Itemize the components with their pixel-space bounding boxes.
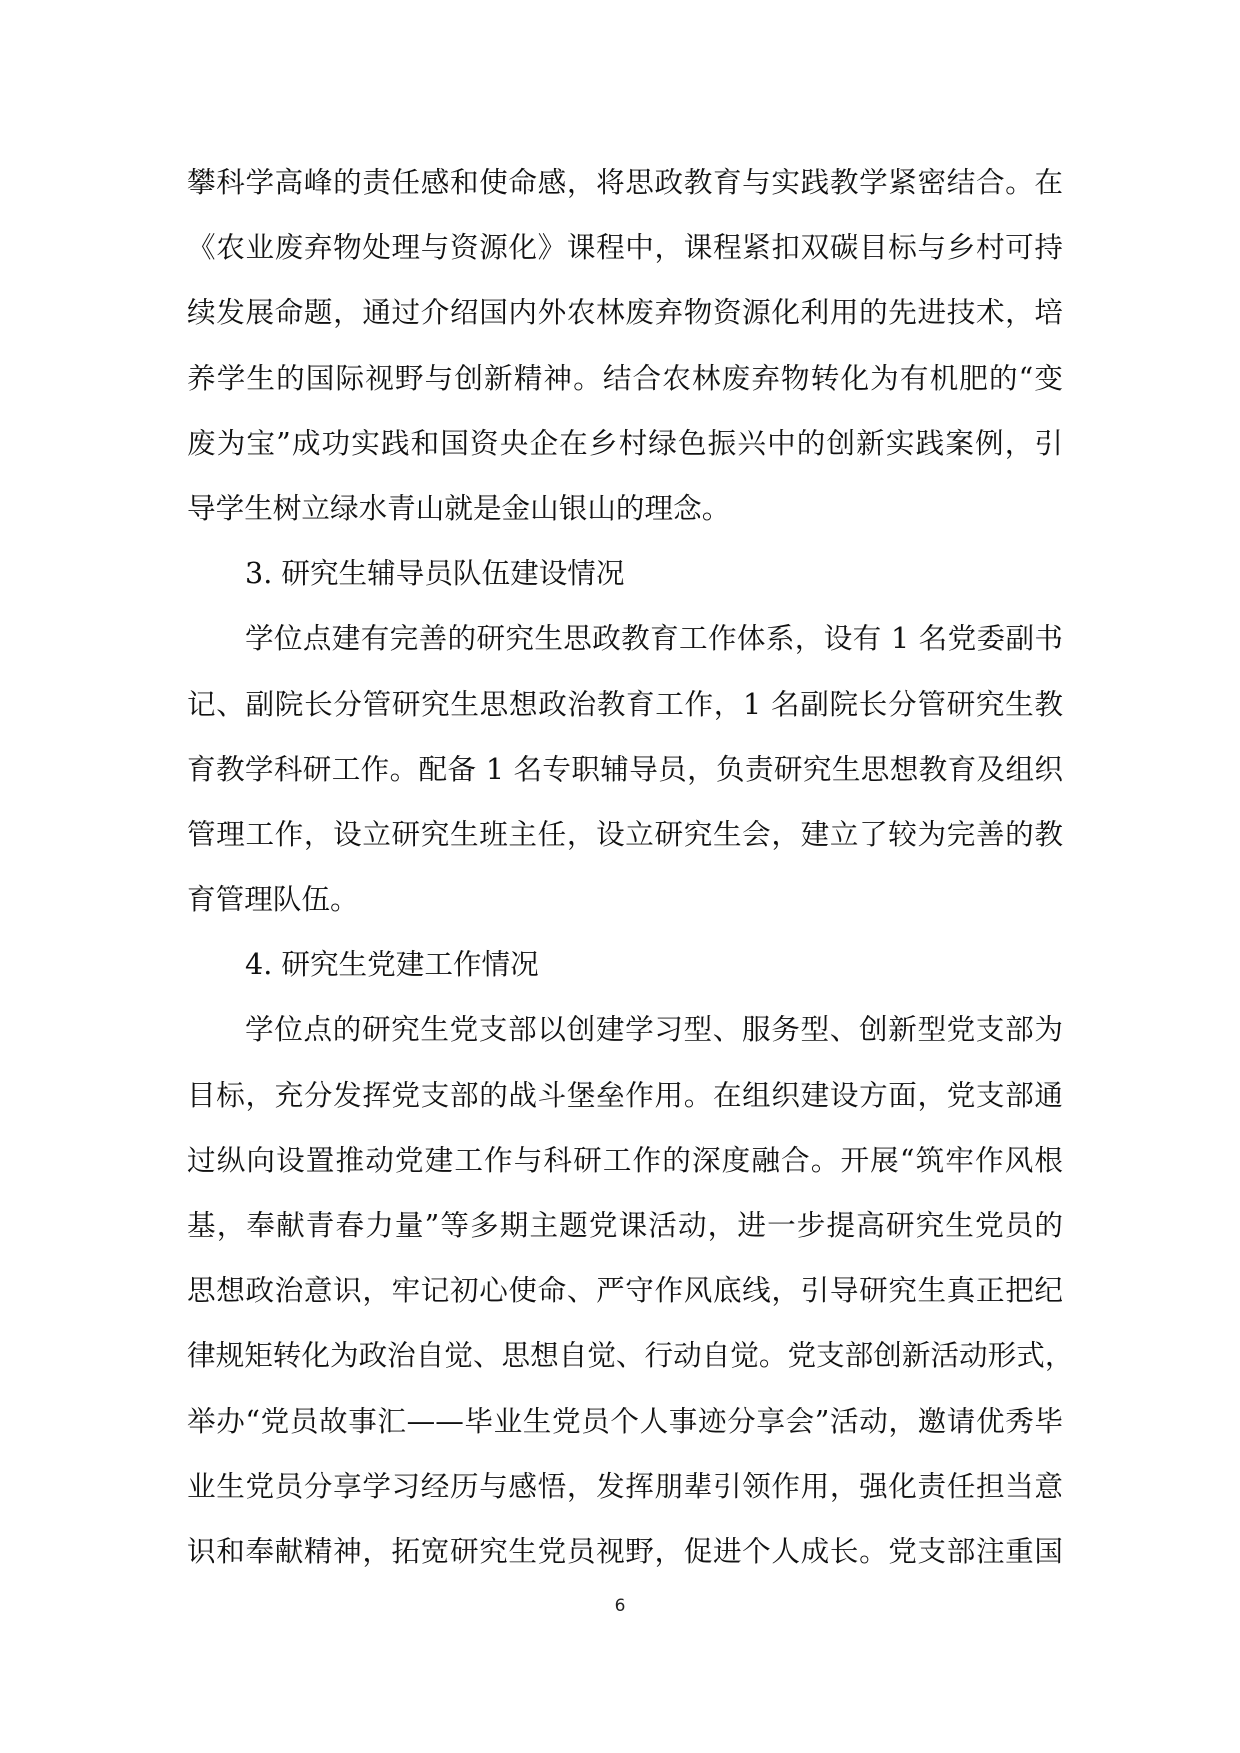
page-number: 6 <box>0 1596 1240 1616</box>
paragraph-line: 目标，充分发挥党支部的战斗堡垒作用。在组织建设方面，党支部通 <box>187 1069 1063 1134</box>
paragraph-line: 续发展命题，通过介绍国内外农林废弃物资源化利用的先进技术，培 <box>187 286 1063 351</box>
paragraph-line: 业生党员分享学习经历与感悟，发挥朋辈引领作用，强化责任担当意 <box>187 1460 1063 1525</box>
paragraph-line: 基，奉献青春力量”等多期主题党课活动，进一步提高研究生党员的 <box>187 1199 1063 1264</box>
document-page: 攀科学高峰的责任感和使命感，将思政教育与实践教学紧密结合。在 《农业废弃物处理与… <box>0 0 1240 1753</box>
paragraph-line: 举办“党员故事汇——毕业生党员个人事迹分享会”活动，邀请优秀毕 <box>187 1395 1063 1460</box>
paragraph-line: 导学生树立绿水青山就是金山银山的理念。 <box>187 482 1063 547</box>
paragraph-line: 育管理队伍。 <box>187 873 1063 938</box>
document-body: 攀科学高峰的责任感和使命感，将思政教育与实践教学紧密结合。在 《农业废弃物处理与… <box>187 156 1063 1590</box>
paragraph-line: 养学生的国际视野与创新精神。结合农林废弃物转化为有机肥的“变 <box>187 352 1063 417</box>
paragraph-line: 管理工作，设立研究生班主任，设立研究生会，建立了较为完善的教 <box>187 808 1063 873</box>
paragraph-line: 学位点建有完善的研究生思政教育工作体系，设有 1 名党委副书 <box>187 612 1063 677</box>
paragraph-line: 思想政治意识，牢记初心使命、严守作风底线，引导研究生真正把纪 <box>187 1264 1063 1329</box>
paragraph-line: 过纵向设置推动党建工作与科研工作的深度融合。开展“筑牢作风根 <box>187 1134 1063 1199</box>
section-heading-4: 4. 研究生党建工作情况 <box>187 938 1063 1003</box>
paragraph-line: 记、副院长分管研究生思想政治教育工作，1 名副院长分管研究生教 <box>187 678 1063 743</box>
paragraph-line: 攀科学高峰的责任感和使命感，将思政教育与实践教学紧密结合。在 <box>187 156 1063 221</box>
paragraph-line: 废为宝”成功实践和国资央企在乡村绿色振兴中的创新实践案例，引 <box>187 417 1063 482</box>
paragraph-line: 识和奉献精神，拓宽研究生党员视野，促进个人成长。党支部注重国 <box>187 1525 1063 1590</box>
paragraph-line: 律规矩转化为政治自觉、思想自觉、行动自觉。党支部创新活动形式， <box>187 1329 1063 1394</box>
section-heading-3: 3. 研究生辅导员队伍建设情况 <box>187 547 1063 612</box>
paragraph-line: 《农业废弃物处理与资源化》课程中，课程紧扣双碳目标与乡村可持 <box>187 221 1063 286</box>
paragraph-line: 学位点的研究生党支部以创建学习型、服务型、创新型党支部为 <box>187 1003 1063 1068</box>
paragraph-line: 育教学科研工作。配备 1 名专职辅导员，负责研究生思想教育及组织 <box>187 743 1063 808</box>
